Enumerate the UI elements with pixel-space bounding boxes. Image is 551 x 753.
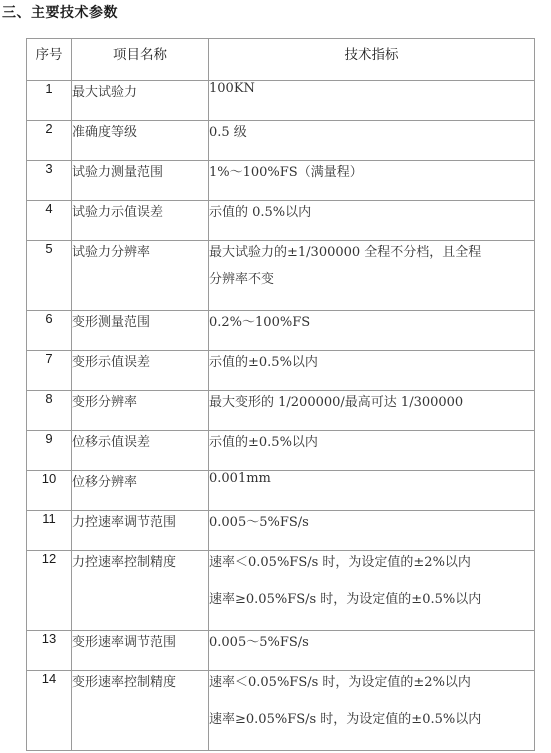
table-row: 14 变形速率控制精度 速率＜0.05%FS/s 时，为设定值的±2%以内 速率… [27,671,535,751]
table-row: 11 力控速率调节范围 0.005～5%FS/s [27,511,535,551]
table-row: 4 试验力示值误差 示值的 0.5%以内 [27,201,535,241]
row-name: 最大试验力 [72,81,209,121]
row-no: 6 [27,311,72,351]
row-spec: 速率＜0.05%FS/s 时，为设定值的±2%以内 速率≥0.05%FS/s 时… [209,551,535,631]
table-header-row: 序号 项目名称 技术指标 [27,39,535,81]
header-name: 项目名称 [72,39,209,81]
spec-line: 0.001mm [209,471,534,486]
row-spec: 0.001mm [209,471,535,511]
spec-line: 速率≥0.05%FS/s 时，为设定值的±0.5%以内 [209,708,534,727]
row-spec: 0.2%～100%FS [209,311,535,351]
table-row: 2 准确度等级 0.5 级 [27,121,535,161]
row-spec: 0.005～5%FS/s [209,631,535,671]
row-no: 5 [27,241,72,311]
row-spec: 1%～100%FS（满量程） [209,161,535,201]
table-row: 7 变形示值误差 示值的±0.5%以内 [27,351,535,391]
row-no: 9 [27,431,72,471]
row-spec: 0.5 级 [209,121,535,161]
row-name: 试验力测量范围 [72,161,209,201]
table-row: 6 变形测量范围 0.2%～100%FS [27,311,535,351]
row-spec: 示值的 0.5%以内 [209,201,535,241]
header-no: 序号 [27,39,72,81]
row-no: 8 [27,391,72,431]
row-name: 试验力分辨率 [72,241,209,311]
spec-line: 100KN [209,81,534,96]
spec-line: 0.2%～100%FS [209,311,534,330]
row-no: 11 [27,511,72,551]
table-row: 12 力控速率控制精度 速率＜0.05%FS/s 时，为设定值的±2%以内 速率… [27,551,535,631]
row-name: 力控速率控制精度 [72,551,209,631]
row-no: 13 [27,631,72,671]
spec-line: 最大试验力的±1/300000 全程不分档，且全程 [209,241,534,260]
spec-line: 1%～100%FS（满量程） [209,161,534,180]
row-spec: 示值的±0.5%以内 [209,431,535,471]
table-row: 5 试验力分辨率 最大试验力的±1/300000 全程不分档，且全程 分辨率不变 [27,241,535,311]
spec-line: 0.005～5%FS/s [209,631,534,650]
row-spec: 100KN [209,81,535,121]
row-spec: 最大试验力的±1/300000 全程不分档，且全程 分辨率不变 [209,241,535,311]
spec-line: 0.005～5%FS/s [209,511,534,530]
row-no: 1 [27,81,72,121]
row-spec: 示值的±0.5%以内 [209,351,535,391]
row-no: 7 [27,351,72,391]
table-row: 1 最大试验力 100KN [27,81,535,121]
row-no: 4 [27,201,72,241]
spec-line: 分辨率不变 [209,268,534,287]
row-no: 3 [27,161,72,201]
row-name: 变形示值误差 [72,351,209,391]
section-title: 三、主要技术参数 [2,2,118,22]
spec-line: 速率≥0.05%FS/s 时，为设定值的±0.5%以内 [209,588,534,607]
spec-line: 速率＜0.05%FS/s 时，为设定值的±2%以内 [209,551,534,570]
header-spec: 技术指标 [209,39,535,81]
spec-line: 0.5 级 [209,121,534,140]
table-row: 13 变形速率调节范围 0.005～5%FS/s [27,631,535,671]
table-row: 8 变形分辨率 最大变形的 1/200000/最高可达 1/300000 [27,391,535,431]
row-name: 位移示值误差 [72,431,209,471]
row-name: 变形分辨率 [72,391,209,431]
row-name: 变形测量范围 [72,311,209,351]
row-no: 10 [27,471,72,511]
row-no: 2 [27,121,72,161]
row-name: 变形速率控制精度 [72,671,209,751]
row-spec: 0.005～5%FS/s [209,511,535,551]
row-name: 试验力示值误差 [72,201,209,241]
spec-line: 速率＜0.05%FS/s 时，为设定值的±2%以内 [209,671,534,690]
row-spec: 速率＜0.05%FS/s 时，为设定值的±2%以内 速率≥0.05%FS/s 时… [209,671,535,751]
row-no: 12 [27,551,72,631]
table-row: 10 位移分辨率 0.001mm [27,471,535,511]
row-name: 位移分辨率 [72,471,209,511]
spec-line: 最大变形的 1/200000/最高可达 1/300000 [209,391,534,410]
spec-line: 示值的±0.5%以内 [209,431,534,450]
row-name: 力控速率调节范围 [72,511,209,551]
spec-table: 序号 项目名称 技术指标 1 最大试验力 100KN 2 准确度等级 0.5 级… [26,38,535,751]
spec-line: 示值的 0.5%以内 [209,201,534,220]
table-row: 9 位移示值误差 示值的±0.5%以内 [27,431,535,471]
row-name: 变形速率调节范围 [72,631,209,671]
row-spec: 最大变形的 1/200000/最高可达 1/300000 [209,391,535,431]
row-name: 准确度等级 [72,121,209,161]
spec-line: 示值的±0.5%以内 [209,351,534,370]
row-no: 14 [27,671,72,751]
table-row: 3 试验力测量范围 1%～100%FS（满量程） [27,161,535,201]
